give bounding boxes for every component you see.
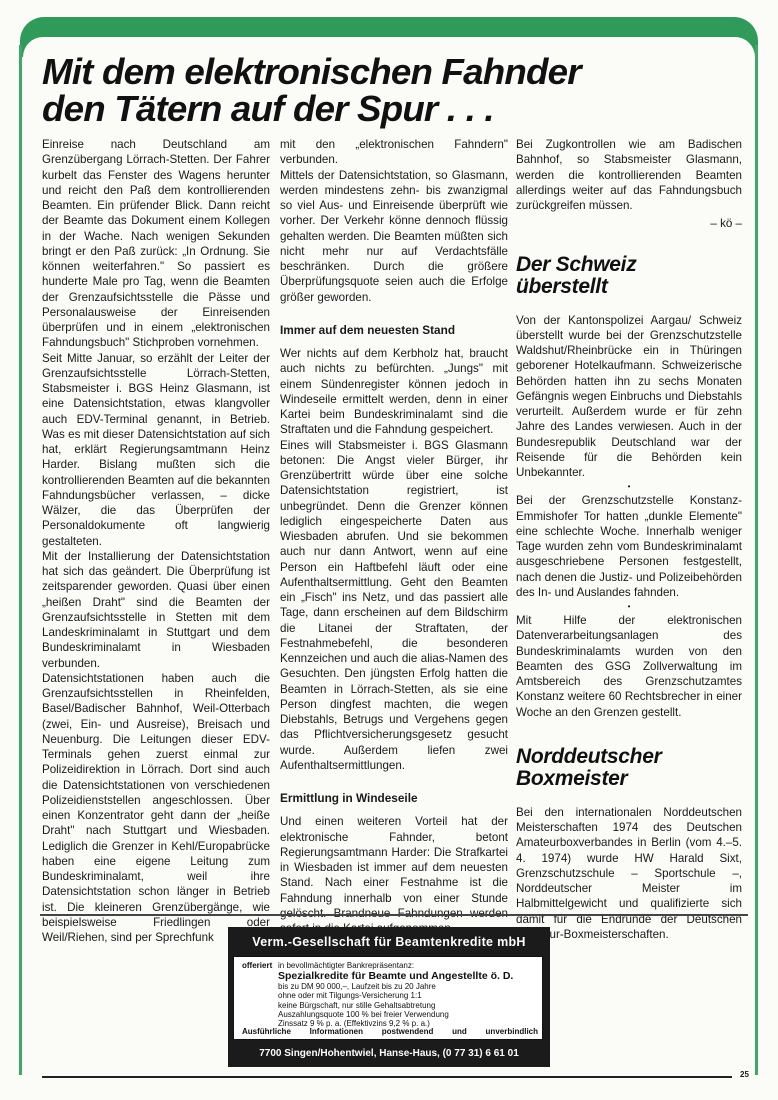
text-column-3: Bei Zugkontrollen wie am Badischen Bahnh… [516,137,742,942]
green-frame-right [755,45,758,1075]
advertisement-box: Verm.-Gesellschaft für Beamtenkredite mb… [228,927,550,1067]
paragraph: Bei Zugkontrollen wie am Badischen Bahnh… [516,137,742,213]
ad-headline: Spezialkredite für Beamte und Angestellt… [278,970,540,982]
author-signature: – kö – [516,216,742,231]
separator-bullet: • [516,480,742,493]
title-line: Der Schweiz [516,253,636,276]
section-subheading: Ermittlung in Windeseile [280,791,508,806]
paragraph: Bei den internationalen Norddeutschen Me… [516,805,742,942]
separator-bullet: • [516,600,742,613]
page-number: 25 [740,1070,749,1079]
ad-word: Ausführliche [242,1027,291,1036]
ad-word: und [452,1027,467,1036]
title-line: überstellt [516,275,608,298]
text-column-1: Einreise nach Deutschland am Grenzüberga… [42,137,270,945]
paragraph: Eines will Stabsmeister i. BGS Glasmann … [280,438,508,774]
paragraph: Und einen weiteren Vorteil hat der elekt… [280,814,508,936]
paragraph: Mit Hilfe der elektronischen Datenverarb… [516,613,742,720]
title-line: Norddeutscher [516,745,661,768]
ad-word: postwendend [382,1027,434,1036]
paragraph: Von der Kantonspolizei Aargau/ Schweiz ü… [516,313,742,481]
ad-details: in bevollmächtigter Bankrepräsentanz: Sp… [278,961,540,1028]
text-column-2: mit den „elektronischen Fahndern" verbun… [280,137,508,936]
paragraph: Wer nichts auf dem Kerbholz hat, braucht… [280,346,508,438]
paragraph: mit den „elektronischen Fahndern" verbun… [280,137,508,168]
article-title-schweiz: Der Schweiz überstellt [516,254,742,298]
paragraph: Mittels der Datensichtstation, so Glasma… [280,168,508,305]
ad-offer-label: offeriert [242,961,272,970]
section-subheading: Immer auf dem neuesten Stand [280,323,508,338]
ad-line: in bevollmächtigter Bankrepräsentanz: [278,961,540,970]
title-line: Boxmeister [516,767,627,790]
article-title-boxmeister: Norddeutscher Boxmeister [516,746,742,790]
ad-title: Verm.-Gesellschaft für Beamtenkredite mb… [228,935,550,949]
ad-address: 7700 Singen/Hohentwiel, Hanse-Haus, (0 7… [228,1048,550,1059]
footer-rule [42,1076,732,1078]
paragraph: Mit der Installierung der Datensichtstat… [42,549,270,671]
ad-footer-line: Ausführliche Informationen postwendend u… [242,1027,538,1036]
headline-line-1: Mit dem elektronischen Fahnder [42,51,581,92]
paragraph: Einreise nach Deutschland am Grenzüberga… [42,137,270,351]
paragraph: Seit Mitte Januar, so erzählt der Leiter… [42,351,270,549]
ad-word: unverbindlich [486,1027,538,1036]
ad-line: bis zu DM 90 000,–, Laufzeit bis zu 20 J… [278,982,540,991]
ad-line: ohne oder mit Tilgungs-Versicherung 1:1 [278,991,540,1000]
horizontal-rule [40,914,748,916]
headline-line-2: den Tätern auf der Spur . . . [42,88,494,129]
ad-line: keine Bürgschaft, nur stille Gehaltsabtr… [278,1001,540,1010]
ad-word: Informationen [310,1027,363,1036]
paragraph: Bei der Grenzschutzstelle Konstanz-Emmis… [516,493,742,600]
ad-line: Auszahlungsquote 100 % bei freier Verwen… [278,1010,540,1019]
ad-body: offeriert in bevollmächtigter Bankrepräs… [233,956,543,1040]
green-frame-left [19,45,22,1075]
article-headline: Mit dem elektronischen Fahnder den Täter… [42,53,581,127]
paragraph: Datensichtstationen haben auch die Grenz… [42,671,270,946]
